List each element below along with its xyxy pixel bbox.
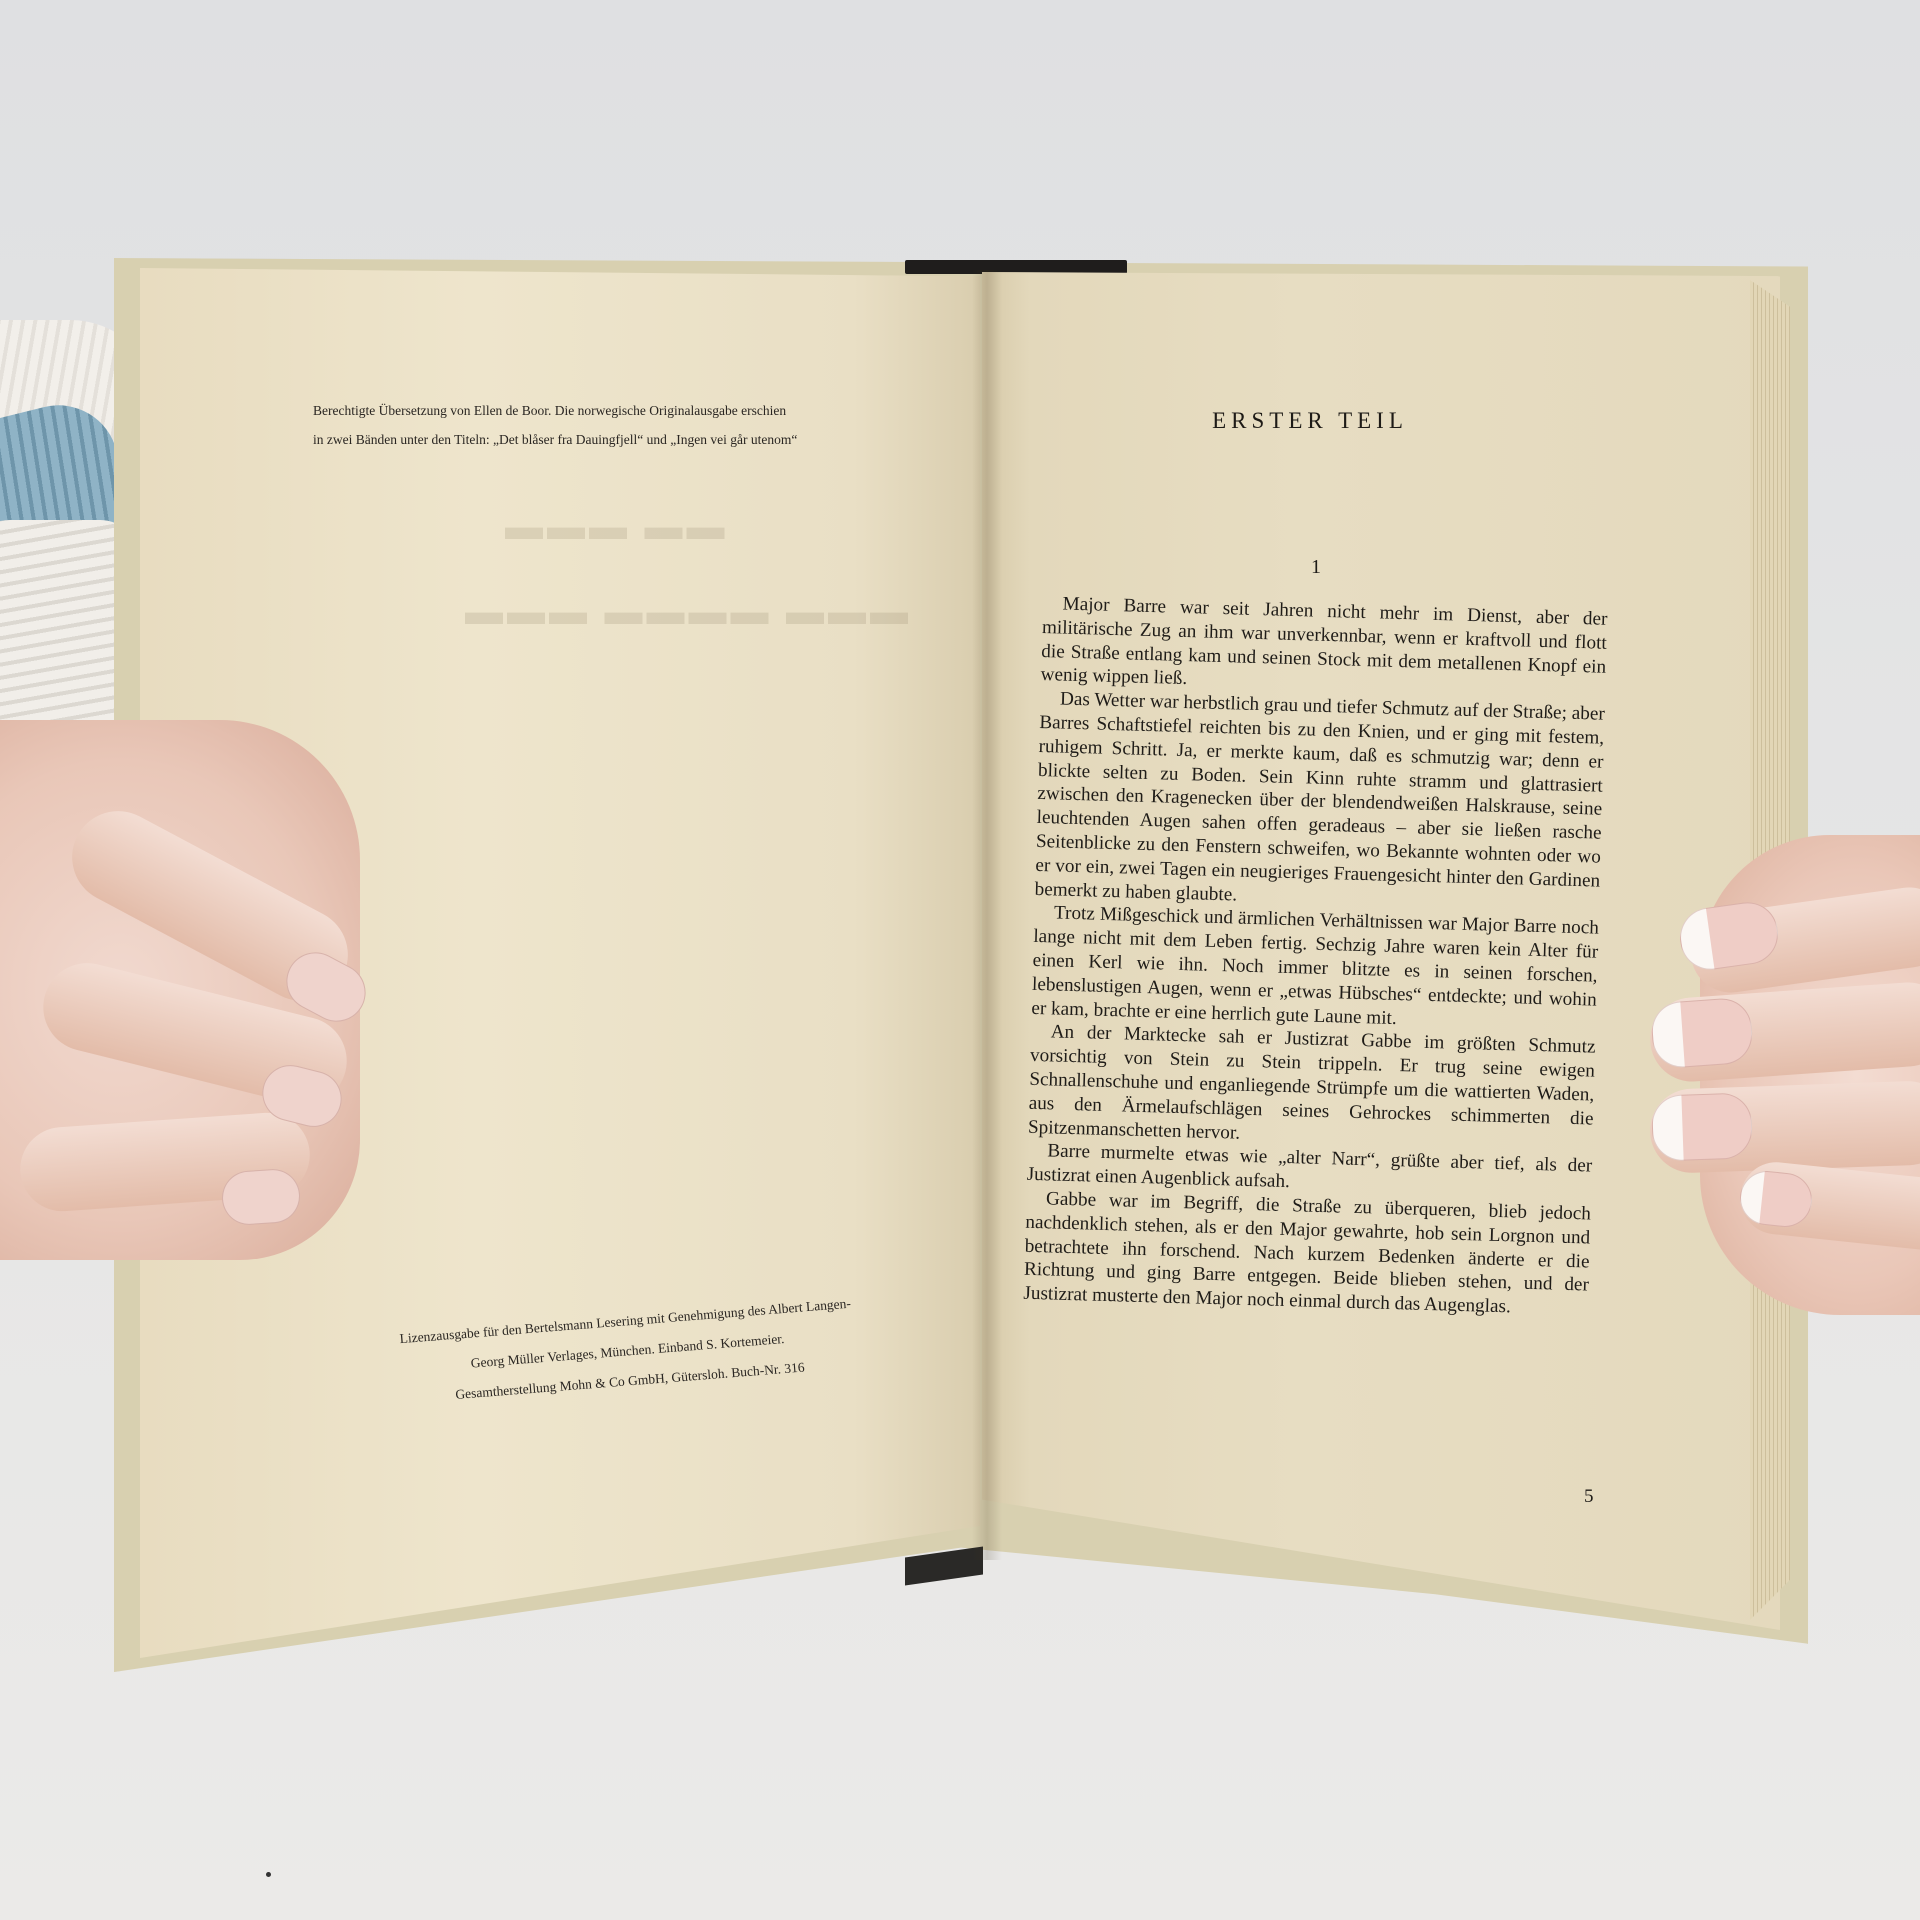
book-spine-top — [905, 260, 1127, 274]
show-through-text: ▬▬▬ ▬▬ — [505, 505, 729, 549]
chapter-body: Major Barre war seit Jahren nicht mehr i… — [1023, 592, 1608, 1321]
translation-note-line: in zwei Bänden unter den Titeln: „Det bl… — [313, 425, 913, 454]
page-number: 5 — [1584, 1486, 1594, 1508]
translation-note-line: Berechtigte Übersetzung von Ellen de Boo… — [313, 396, 913, 425]
paragraph: Trotz Mißgeschick und ärmlichen Verhältn… — [1031, 901, 1599, 1036]
fingernail — [1651, 1092, 1753, 1161]
book-gutter — [972, 270, 1002, 1560]
photo-scene: ▬▬▬ ▬▬ ▬▬▬ ▬▬▬▬ ▬▬▬ Berechtigte Übersetz… — [0, 0, 1920, 1920]
part-title: ERSTER TEIL — [1150, 408, 1470, 434]
show-through-text: ▬▬▬ ▬▬▬▬ ▬▬▬ — [465, 590, 912, 634]
translation-note: Berechtigte Übersetzung von Ellen de Boo… — [313, 396, 913, 454]
surface-speck — [266, 1872, 271, 1877]
fingernail — [1650, 997, 1754, 1070]
paragraph: Major Barre war seit Jahren nicht mehr i… — [1040, 592, 1607, 703]
paragraph: An der Marktecke sah er Justizrat Gabbe … — [1028, 1020, 1596, 1155]
chapter-number: 1 — [1296, 556, 1336, 579]
paragraph: Gabbe war im Begriff, die Straße zu über… — [1023, 1187, 1591, 1322]
paragraph: Das Wetter war herbstlich grau und tiefe… — [1034, 687, 1605, 917]
